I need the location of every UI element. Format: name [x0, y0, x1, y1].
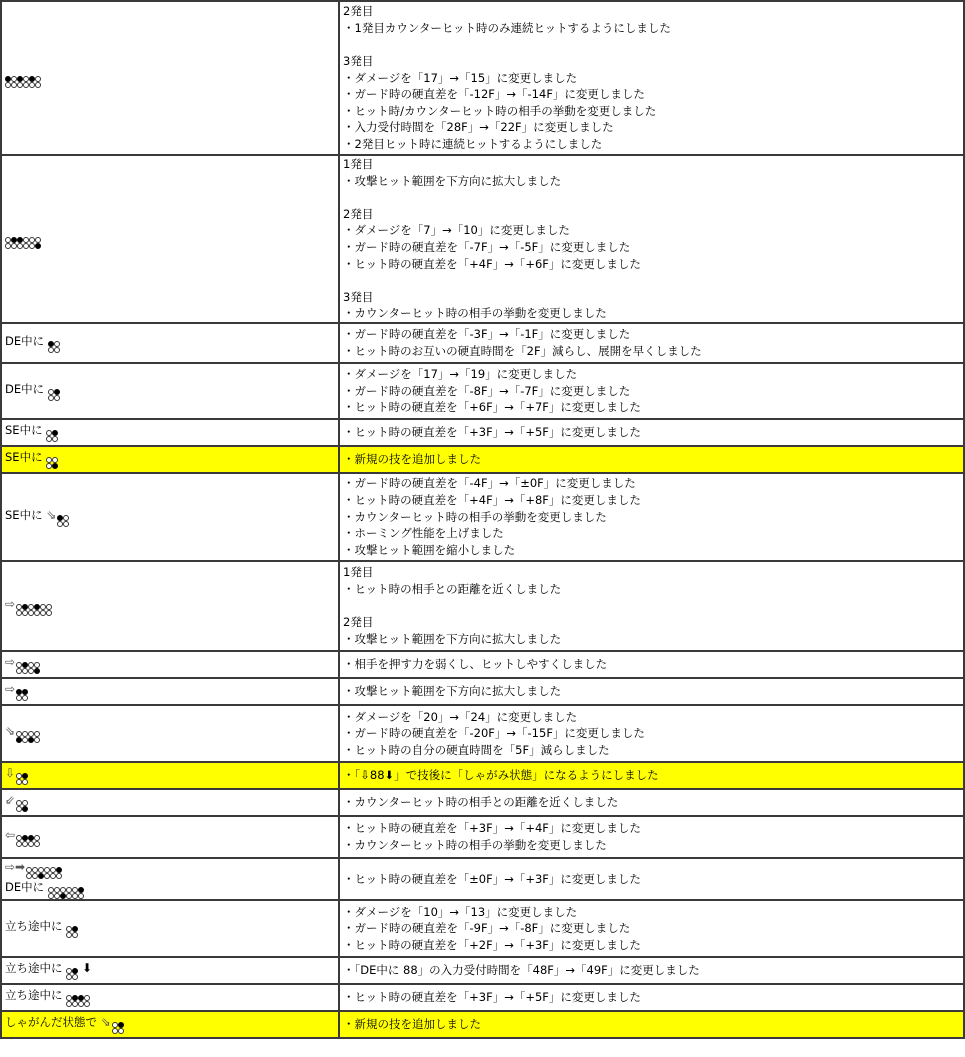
change-item: ・ガード時の硬直差を「-3F」→「-1F」に変更しました	[343, 326, 960, 343]
change-item: ・2発目ヒット時に連続ヒットするようにしました	[343, 136, 960, 153]
button-icon	[28, 604, 40, 616]
change-item: ・「DE中に 88」の入力受付時間を「48F」→「49F」に変更しました	[343, 962, 960, 979]
change-item: ・ガード時の硬直差を「-9F」→「-8F」に変更しました	[343, 920, 960, 937]
down-arrow-icon: ⬇	[78, 961, 92, 975]
button-icon	[5, 237, 17, 249]
button-icon	[50, 867, 62, 879]
direction-arrow-icon: ⇩	[5, 766, 15, 780]
change-item: ・カウンターヒット時の相手の挙動を変更しました	[343, 837, 960, 854]
table-row: DE中に ・ダメージを「17」→「19」に変更しました・ガード時の硬直差を「-8…	[1, 363, 964, 419]
change-item: ・相手を押す力を弱くし、ヒットしやすくしました	[343, 656, 960, 673]
button-icon	[28, 835, 40, 847]
command-notation	[5, 230, 41, 244]
button-icon	[48, 341, 60, 353]
change-item: ・ガード時の硬直差を「-20F」→「-15F」に変更しました	[343, 725, 960, 742]
table-row: 立ち途中に ・ヒット時の硬直差を「+3F」→「+5F」に変更しました	[1, 984, 964, 1011]
command-prefix: 立ち途中に	[5, 919, 66, 933]
button-icon	[57, 515, 69, 527]
command-cell: SE中に	[1, 419, 339, 446]
patch-notes-table: 2発目・1発目カウンターヒット時のみ連続ヒットするようにしました3発目・ダメージ…	[0, 0, 965, 1039]
table-row: 1発目・攻撃ヒット範囲を下方向に拡大しました2発目・ダメージを「7」→「10」に…	[1, 155, 964, 323]
table-row: SE中に ⇘・ガード時の硬直差を「-4F」→「±0F」に変更しました・ヒット時の…	[1, 473, 964, 561]
command-notation: ⇦	[5, 828, 40, 842]
button-icon	[29, 76, 41, 88]
command-notation: ⇩	[5, 766, 28, 780]
button-icon	[28, 662, 40, 674]
change-item: ・ヒット時の硬直差を「±0F」→「+3F」に変更しました	[343, 871, 960, 888]
command-prefix: 立ち途中に	[5, 988, 66, 1002]
direction-arrow-icon: ⇨	[5, 655, 15, 669]
change-description-cell: ・ダメージを「17」→「19」に変更しました・ガード時の硬直差を「-8F」→「-…	[339, 363, 964, 419]
spacer	[343, 598, 960, 615]
change-item: ・「⇩88⬇」で技後に「しゃがみ状態」になるようにしました	[343, 767, 960, 784]
command-notation: 立ち途中に	[5, 919, 78, 933]
change-description-cell: ・「⇩88⬇」で技後に「しゃがみ状態」になるようにしました	[339, 762, 964, 789]
command-cell	[1, 155, 339, 323]
table-row: ⇩・「⇩88⬇」で技後に「しゃがみ状態」になるようにしました	[1, 762, 964, 789]
command-prefix: DE中に	[5, 382, 48, 396]
command-notation: DE中に	[5, 334, 60, 348]
button-icon	[16, 731, 28, 743]
button-icon	[16, 689, 28, 701]
command-cell: ⇙	[1, 789, 339, 816]
hit-label: 2発目	[343, 3, 960, 20]
change-item: ・攻撃ヒット範囲を下方向に拡大しました	[343, 683, 960, 700]
command-cell: ⇦	[1, 816, 339, 858]
command-cell: しゃがんだ状態で ⇘	[1, 1011, 339, 1038]
command-cell: ⇩	[1, 762, 339, 789]
command-cell: SE中に	[1, 446, 339, 473]
change-item: ・ヒット時の硬直差を「+4F」→「+6F」に変更しました	[343, 256, 960, 273]
change-item: ・ヒット時/カウンターヒット時の相手の挙動を変更しました	[343, 103, 960, 120]
hit-label: 3発目	[343, 53, 960, 70]
command-cell: ⇘	[1, 705, 339, 762]
button-icon	[16, 835, 28, 847]
command-cell	[1, 1, 339, 155]
command-prefix: SE中に	[5, 508, 46, 522]
change-description-cell: ・ガード時の硬直差を「-4F」→「±0F」に変更しました・ヒット時の硬直差を「+…	[339, 473, 964, 561]
hit-label: 2発目	[343, 206, 960, 223]
hit-label: 2発目	[343, 614, 960, 631]
button-icon	[28, 731, 40, 743]
spacer	[343, 272, 960, 289]
button-icon	[16, 662, 28, 674]
change-item: ・ヒット時のお互いの硬直時間を「2F」減らし、展開を早くしました	[343, 343, 960, 360]
button-icon	[29, 237, 41, 249]
table-row: しゃがんだ状態で ⇘・新規の技を追加しました	[1, 1011, 964, 1038]
table-row: ⇨・攻撃ヒット範囲を下方向に拡大しました	[1, 678, 964, 705]
command-cell: DE中に	[1, 363, 339, 419]
direction-arrow-icon: ⇦	[5, 828, 15, 842]
change-description-cell: ・「DE中に 88」の入力受付時間を「48F」→「49F」に変更しました	[339, 957, 964, 984]
change-item: ・ダメージを「17」→「19」に変更しました	[343, 366, 960, 383]
table-row: DE中に ・ガード時の硬直差を「-3F」→「-1F」に変更しました・ヒット時のお…	[1, 323, 964, 363]
command-cell: 立ち途中に	[1, 900, 339, 957]
table-body: 2発目・1発目カウンターヒット時のみ連続ヒットするようにしました3発目・ダメージ…	[1, 1, 964, 1038]
direction-arrow-icon: ⇨	[5, 682, 15, 696]
change-description-cell: ・攻撃ヒット範囲を下方向に拡大しました	[339, 678, 964, 705]
command-cell: 立ち途中に ⬇	[1, 957, 339, 984]
button-icon	[38, 867, 50, 879]
change-item: ・ヒット時の相手との距離を近くしました	[343, 581, 960, 598]
command-cell: 立ち途中に	[1, 984, 339, 1011]
change-item: ・ガード時の硬直差を「-7F」→「-5F」に変更しました	[343, 239, 960, 256]
command-notation: 立ち途中に ⬇	[5, 961, 93, 975]
button-icon	[48, 887, 60, 899]
table-row: ⇨・相手を押す力を弱くし、ヒットしやすくしました	[1, 651, 964, 678]
table-row: ⇙・カウンターヒット時の相手との距離を近くしました	[1, 789, 964, 816]
spacer	[343, 37, 960, 54]
change-item: ・ダメージを「17」→「15」に変更しました	[343, 70, 960, 87]
command-notation: ⇨	[5, 597, 52, 611]
command-notation: 立ち途中に	[5, 988, 90, 1002]
command-notation	[5, 69, 41, 83]
command-cell: SE中に ⇘	[1, 473, 339, 561]
change-description-cell: ・新規の技を追加しました	[339, 446, 964, 473]
button-icon	[78, 995, 90, 1007]
command-notation: しゃがんだ状態で ⇘	[5, 1015, 124, 1029]
change-description-cell: ・カウンターヒット時の相手との距離を近くしました	[339, 789, 964, 816]
change-item: ・ヒット時の硬直差を「+6F」→「+7F」に変更しました	[343, 399, 960, 416]
button-icon	[16, 773, 28, 785]
command-notation: SE中に ⇘	[5, 508, 69, 522]
button-icon	[48, 389, 60, 401]
button-icon	[46, 430, 58, 442]
command-prefix: DE中に	[5, 334, 48, 348]
command-notation: DE中に	[5, 880, 84, 894]
command-notation: ⇨➡	[5, 860, 62, 874]
spacer	[343, 189, 960, 206]
button-icon	[66, 968, 78, 980]
command-prefix: SE中に	[5, 423, 46, 437]
button-icon	[60, 887, 72, 899]
command-prefix: 立ち途中に	[5, 961, 66, 975]
change-item: ・ガード時の硬直差を「-12F」→「-14F」に変更しました	[343, 86, 960, 103]
command-prefix: DE中に	[5, 880, 48, 894]
button-icon	[72, 887, 84, 899]
direction-arrow-icon: ⇨➡	[5, 860, 25, 874]
table-row: SE中に ・新規の技を追加しました	[1, 446, 964, 473]
change-item: ・入力受付時間を「28F」→「22F」に変更しました	[343, 119, 960, 136]
change-item: ・攻撃ヒット範囲を下方向に拡大しました	[343, 631, 960, 648]
change-item: ・新規の技を追加しました	[343, 451, 960, 468]
change-item: ・攻撃ヒット範囲を下方向に拡大しました	[343, 173, 960, 190]
direction-arrow-icon: ⇘	[5, 724, 15, 738]
button-icon	[16, 800, 28, 812]
hit-label: 1発目	[343, 156, 960, 173]
change-description-cell: 1発目・攻撃ヒット範囲を下方向に拡大しました2発目・ダメージを「7」→「10」に…	[339, 155, 964, 323]
direction-arrow-icon: ⇘	[101, 1015, 111, 1029]
change-item: ・ホーミング性能を上げました	[343, 525, 960, 542]
command-notation: ⇘	[5, 724, 40, 738]
change-item: ・ヒット時の硬直差を「+4F」→「+8F」に変更しました	[343, 492, 960, 509]
direction-arrow-icon: ⇙	[5, 793, 15, 807]
table-row: ⇘・ダメージを「20」→「24」に変更しました・ガード時の硬直差を「-20F」→…	[1, 705, 964, 762]
button-icon	[17, 237, 29, 249]
change-item: ・ダメージを「10」→「13」に変更しました	[343, 904, 960, 921]
change-description-cell: 1発目・ヒット時の相手との距離を近くしました2発目・攻撃ヒット範囲を下方向に拡大…	[339, 561, 964, 651]
change-description-cell: 2発目・1発目カウンターヒット時のみ連続ヒットするようにしました3発目・ダメージ…	[339, 1, 964, 155]
change-item: ・ヒット時の硬直差を「+3F」→「+5F」に変更しました	[343, 424, 960, 441]
hit-label: 3発目	[343, 289, 960, 306]
table-row: 2発目・1発目カウンターヒット時のみ連続ヒットするようにしました3発目・ダメージ…	[1, 1, 964, 155]
command-prefix: SE中に	[5, 450, 46, 464]
change-item: ・カウンターヒット時の相手の挙動を変更しました	[343, 305, 960, 322]
change-description-cell: ・ヒット時の硬直差を「+3F」→「+4F」に変更しました・カウンターヒット時の相…	[339, 816, 964, 858]
change-description-cell: ・ダメージを「10」→「13」に変更しました・ガード時の硬直差を「-9F」→「-…	[339, 900, 964, 957]
change-item: ・攻撃ヒット範囲を縮小しました	[343, 542, 960, 559]
button-icon	[46, 457, 58, 469]
direction-arrow-icon: ⇨	[5, 597, 15, 611]
change-item: ・カウンターヒット時の相手の挙動を変更しました	[343, 509, 960, 526]
table-row: 立ち途中に ⬇・「DE中に 88」の入力受付時間を「48F」→「49F」に変更し…	[1, 957, 964, 984]
change-item: ・ヒット時の自分の硬直時間を「5F」減らしました	[343, 742, 960, 759]
button-icon	[40, 604, 52, 616]
change-item: ・ヒット時の硬直差を「+3F」→「+5F」に変更しました	[343, 989, 960, 1006]
hit-label: 1発目	[343, 564, 960, 581]
change-item: ・1発目カウンターヒット時のみ連続ヒットするようにしました	[343, 20, 960, 37]
command-cell: ⇨	[1, 651, 339, 678]
button-icon	[112, 1022, 124, 1034]
button-icon	[66, 926, 78, 938]
command-cell: ⇨➡DE中に	[1, 858, 339, 900]
table-row: SE中に ・ヒット時の硬直差を「+3F」→「+5F」に変更しました	[1, 419, 964, 446]
command-notation: SE中に	[5, 423, 58, 437]
command-cell: ⇨	[1, 678, 339, 705]
change-item: ・ヒット時の硬直差を「+3F」→「+4F」に変更しました	[343, 820, 960, 837]
change-description-cell: ・新規の技を追加しました	[339, 1011, 964, 1038]
command-prefix: しゃがんだ状態で	[5, 1015, 101, 1029]
button-icon	[66, 995, 78, 1007]
change-item: ・ガード時の硬直差を「-8F」→「-7F」に変更しました	[343, 383, 960, 400]
change-item: ・新規の技を追加しました	[343, 1016, 960, 1033]
change-item: ・ヒット時の硬直差を「+2F」→「+3F」に変更しました	[343, 937, 960, 954]
button-icon	[26, 867, 38, 879]
command-notation: DE中に	[5, 382, 60, 396]
command-notation: ⇙	[5, 793, 28, 807]
direction-arrow-icon: ⇘	[46, 508, 56, 522]
change-description-cell: ・ガード時の硬直差を「-3F」→「-1F」に変更しました・ヒット時のお互いの硬直…	[339, 323, 964, 363]
button-icon	[17, 76, 29, 88]
table-row: ⇨➡DE中に ・ヒット時の硬直差を「±0F」→「+3F」に変更しました	[1, 858, 964, 900]
table-row: 立ち途中に ・ダメージを「10」→「13」に変更しました・ガード時の硬直差を「-…	[1, 900, 964, 957]
change-description-cell: ・ヒット時の硬直差を「+3F」→「+5F」に変更しました	[339, 984, 964, 1011]
command-notation: SE中に	[5, 450, 58, 464]
change-description-cell: ・ヒット時の硬直差を「+3F」→「+5F」に変更しました	[339, 419, 964, 446]
change-item: ・ダメージを「7」→「10」に変更しました	[343, 222, 960, 239]
change-description-cell: ・相手を押す力を弱くし、ヒットしやすくしました	[339, 651, 964, 678]
change-item: ・ダメージを「20」→「24」に変更しました	[343, 709, 960, 726]
command-cell: DE中に	[1, 323, 339, 363]
command-cell: ⇨	[1, 561, 339, 651]
button-icon	[5, 76, 17, 88]
table-row: ⇨1発目・ヒット時の相手との距離を近くしました2発目・攻撃ヒット範囲を下方向に拡…	[1, 561, 964, 651]
command-notation: ⇨	[5, 682, 28, 696]
table-row: ⇦・ヒット時の硬直差を「+3F」→「+4F」に変更しました・カウンターヒット時の…	[1, 816, 964, 858]
change-item: ・カウンターヒット時の相手との距離を近くしました	[343, 794, 960, 811]
command-notation: ⇨	[5, 655, 40, 669]
change-description-cell: ・ダメージを「20」→「24」に変更しました・ガード時の硬直差を「-20F」→「…	[339, 705, 964, 762]
change-description-cell: ・ヒット時の硬直差を「±0F」→「+3F」に変更しました	[339, 858, 964, 900]
button-icon	[16, 604, 28, 616]
change-item: ・ガード時の硬直差を「-4F」→「±0F」に変更しました	[343, 475, 960, 492]
